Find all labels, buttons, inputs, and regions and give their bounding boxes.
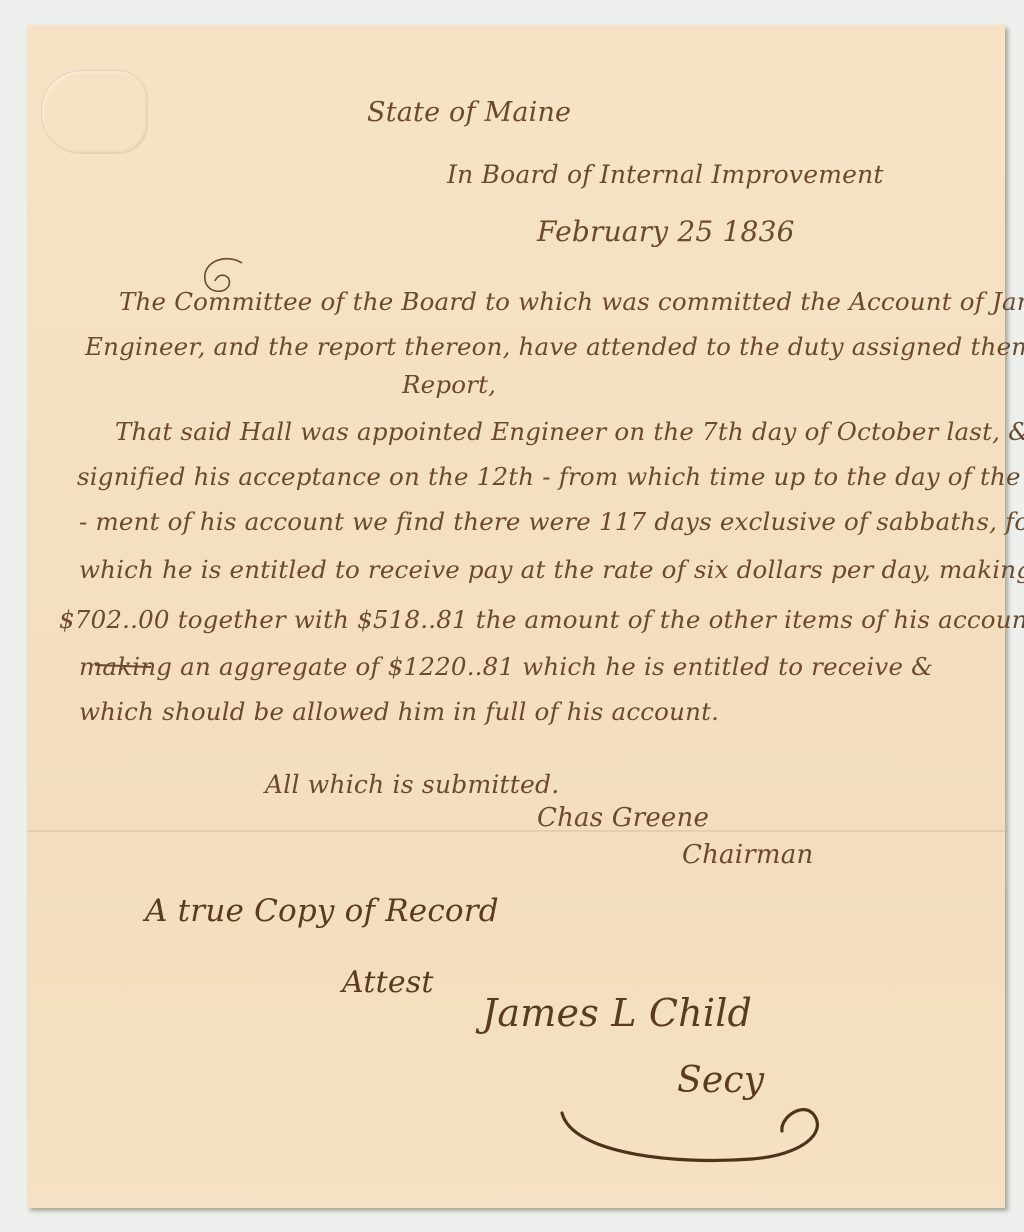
body-line-1: The Committee of the Board to which was … (119, 287, 1024, 316)
closing-submitted: All which is submitted. (265, 770, 559, 799)
body-line-10: which should be allowed him in full of h… (79, 697, 719, 726)
body-line-6: - ment of his account we find there were… (79, 507, 1024, 536)
heading-date: February 25 1836 (537, 215, 795, 248)
signature-secretary: James L Child (482, 991, 752, 1035)
signer-title-chairman: Chairman (682, 840, 813, 870)
signature-chairman: Chas Greene (537, 803, 709, 833)
signature-flourish (552, 1093, 832, 1193)
embossed-seal-mark (41, 70, 148, 154)
body-line-9: making an aggregate of $1220..81 which h… (79, 652, 933, 681)
manuscript-page: State of Maine In Board of Internal Impr… (27, 25, 1005, 1208)
body-line-report: Report, (402, 370, 496, 399)
body-line-4: That said Hall was appointed Engineer on… (115, 417, 1024, 446)
body-line-8: $702..00 together with $518..81 the amou… (59, 605, 1024, 634)
heading-board: In Board of Internal Improvement (447, 160, 884, 189)
true-copy-line: A true Copy of Record (145, 893, 499, 929)
body-line-5: signified his acceptance on the 12th - f… (77, 462, 1024, 491)
heading-state: State of Maine (367, 97, 571, 128)
attest-label: Attest (342, 965, 434, 1000)
paper-fold-line (27, 830, 1005, 832)
body-line-2: Engineer, and the report thereon, have a… (85, 332, 1024, 361)
body-line-7: which he is entitled to receive pay at t… (79, 555, 1024, 584)
